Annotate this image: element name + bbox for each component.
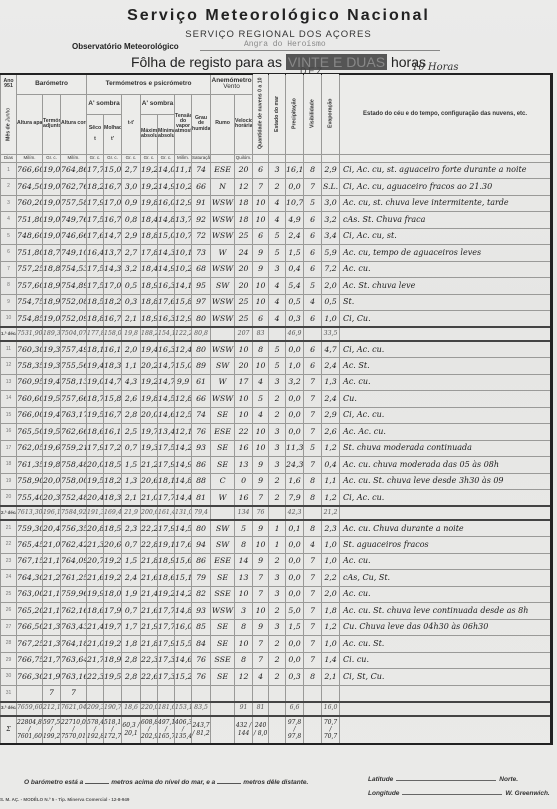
cell-t: 191,3: [87, 506, 104, 520]
cell-d: 1,7: [122, 619, 141, 636]
cell-alt-cor: 764,18: [61, 636, 87, 653]
sky-description: Ac. cu. St. chuva leve desde 3h30 às 09: [340, 473, 552, 490]
cell-tw: 14,3: [104, 261, 122, 278]
cell-ev: 3,2: [322, 212, 340, 229]
cell-pr: [286, 685, 304, 702]
cell-t: 17,5: [87, 261, 104, 278]
table-row: 2764,5019,0762,7618,216,73,019,214,910,2…: [1, 179, 552, 196]
sky-description: Ci, St, Cu.: [340, 669, 552, 686]
cell-vap: 15,2: [175, 669, 192, 686]
table-row: 30766,3021,9763,1622,319,52,822,617,315,…: [1, 669, 552, 686]
cell-min: 17,5: [158, 440, 175, 457]
cell-t: 16,4: [87, 245, 104, 262]
cell-ev: 1,2: [322, 440, 340, 457]
cell-hum: 92: [192, 212, 211, 229]
cell-alt-ap: 766,30: [17, 669, 43, 686]
cell-t: 578,4 / 192,8: [87, 716, 104, 744]
sky-description: Ac. Ac. cu.: [340, 424, 552, 441]
cell-tw: 17,9: [104, 603, 122, 620]
cell-ev: 2,0: [322, 278, 340, 295]
cell-d: 2,7: [122, 245, 141, 262]
cell-t-adj: 19,5: [43, 424, 61, 441]
cell-cld: 6: [253, 228, 269, 245]
cell-alt-ap: 751,80: [17, 212, 43, 229]
day-cell: 14: [1, 391, 17, 408]
cell-min: 17,3: [158, 669, 175, 686]
cell-alt-cor: 7: [61, 685, 87, 702]
cell-hum: 88: [192, 473, 211, 490]
cell-vis: 7: [304, 570, 322, 587]
day-cell: 18: [1, 457, 17, 474]
cell-max: 22,2: [141, 520, 158, 537]
cell-sea: 1: [269, 520, 286, 537]
cell-cld: 9: [253, 473, 269, 490]
cell-vis: 7: [304, 179, 322, 196]
cell-vap: 12,9: [175, 195, 192, 212]
cell-t: 19,9: [87, 586, 104, 603]
cell-spd: 20: [235, 358, 253, 375]
cell-max: 21,9: [141, 619, 158, 636]
cell-hum: 80: [192, 341, 211, 358]
cell-spd: 13: [235, 457, 253, 474]
day-cell: 31: [1, 685, 17, 702]
cell-hum: 82: [192, 586, 211, 603]
cell-spd: 10: [235, 407, 253, 424]
cell-dir: WSW: [211, 261, 235, 278]
cell-max: 22,3: [141, 652, 158, 669]
sky-description: Ac. St. chuva leve: [340, 278, 552, 295]
cell-sea: 4: [269, 212, 286, 229]
cell-pr: 24,3: [286, 457, 304, 474]
cell-d: 4,3: [122, 374, 141, 391]
day-cell: 2.ª década: [1, 506, 17, 520]
cell-max: 19,4: [141, 341, 158, 358]
cell-spd: 16: [235, 490, 253, 507]
cell-vis: [304, 327, 322, 341]
cell-sea: [269, 327, 286, 341]
cell-cld: 6: [253, 311, 269, 328]
day-cell: 1.ª década: [1, 327, 17, 341]
cell-alt-cor: 749,76: [61, 212, 87, 229]
cell-min: 17,9: [158, 636, 175, 653]
cell-tw: 15,0: [104, 162, 122, 179]
cell-d: 3,0: [122, 179, 141, 196]
unit-blank: [322, 154, 340, 162]
cell-t: 17,9: [87, 440, 104, 457]
cell-sea: 2: [269, 391, 286, 408]
day-cell: 16: [1, 424, 17, 441]
cell-min: 497,1 / 165,7: [158, 716, 175, 744]
attached-therm-header: Termómetro adjunto: [43, 94, 61, 154]
cell-spd: 10: [235, 391, 253, 408]
cell-dir: [211, 716, 235, 744]
cell-cld: 9: [253, 245, 269, 262]
cell-tw: 15,8: [104, 391, 122, 408]
cell-min: 14,5: [158, 391, 175, 408]
unit-speed: Quilóm.: [235, 154, 253, 162]
unit-blank: [340, 154, 552, 162]
cell-min: 17,7: [158, 490, 175, 507]
sky-description: Ci, Ac. cu, st.: [340, 228, 552, 245]
cell-t: 20,8: [87, 520, 104, 537]
sky-description: Ci, Ac. cu.: [340, 490, 552, 507]
cell-hum: 85: [192, 619, 211, 636]
cell-t: 20,7: [87, 553, 104, 570]
cell-d: 1,5: [122, 457, 141, 474]
cell-min: 154,1: [158, 327, 175, 341]
cell-pr: 10,7: [286, 195, 304, 212]
cell-ev: 4,7: [322, 341, 340, 358]
cell-pr: 4,9: [286, 212, 304, 229]
barometer-note: O barómetro está ametros acima do nível …: [24, 779, 308, 786]
cell-t-adj: 21,3: [43, 636, 61, 653]
cell-t-adj: 18,7: [43, 245, 61, 262]
cell-sea: [269, 506, 286, 520]
unit-grc: Gr. c.: [158, 154, 175, 162]
cell-sea: 5: [269, 358, 286, 375]
day-cell: 28: [1, 636, 17, 653]
cell-pr: 3,2: [286, 374, 304, 391]
day-cell: 23: [1, 553, 17, 570]
cell-t: 19,5: [87, 473, 104, 490]
totals-row: Σ22804,80 / 7601,60597,5 / 199,222710,03…: [1, 716, 552, 744]
cell-cld: 10: [253, 537, 269, 554]
cell-alt-cor: 759,96: [61, 586, 87, 603]
cell-sea: [269, 685, 286, 702]
cell-vap: 406,3 / 135,4: [175, 716, 192, 744]
cell-t-adj: 7: [43, 685, 61, 702]
cell-vis: 6: [304, 261, 322, 278]
cell-sea: 4: [269, 294, 286, 311]
table-row: 9754,7518,9752,0818,518,20,318,817,615,8…: [1, 294, 552, 311]
cell-d: 2,8: [122, 407, 141, 424]
cell-hum: 74: [192, 407, 211, 424]
cell-t: 18,1: [87, 341, 104, 358]
cell-min: 14,9: [158, 261, 175, 278]
cell-vis: 7: [304, 652, 322, 669]
cell-t-adj: 20,0: [43, 473, 61, 490]
cell-ev: S.L.: [322, 179, 340, 196]
cell-alt-ap: 766,75: [17, 652, 43, 669]
cell-hum: 89: [192, 358, 211, 375]
cell-t: 21,4: [87, 619, 104, 636]
cell-tw: 16,7: [104, 311, 122, 328]
cell-vap: 15,1: [175, 570, 192, 587]
cell-tw: 16,1: [104, 424, 122, 441]
cell-vis: [304, 685, 322, 702]
cell-alt-ap: 757,60: [17, 278, 43, 295]
visibility-header: Visibilidade: [304, 74, 322, 154]
cell-t-adj: 21,1: [43, 553, 61, 570]
cell-tw: 18,2: [104, 294, 122, 311]
cell-sea: 4: [269, 311, 286, 328]
unit-grc: Gr. c.: [87, 154, 104, 162]
unit-grc: Gr. c.: [141, 154, 158, 162]
observatory-value: Angra do Heroísmo: [200, 40, 440, 51]
cell-min: 16,3: [158, 311, 175, 328]
cell-alt-ap: 754,85: [17, 311, 43, 328]
sky-description: Ci, Ac. cu.: [340, 341, 552, 358]
cell-d: 1,9: [122, 586, 141, 603]
cell-dir: W: [211, 490, 235, 507]
cell-spd: 20: [235, 261, 253, 278]
cell-min: 14,7: [158, 358, 175, 375]
unit-mm: Milím.: [17, 154, 43, 162]
cell-alt-cor: 7584,92: [61, 506, 87, 520]
day-cell: 1: [1, 162, 17, 179]
cell-t: 209,3: [87, 702, 104, 716]
cell-vap: 9,9: [175, 374, 192, 391]
cell-pr: 0,3: [286, 669, 304, 686]
cell-pr: 0,0: [286, 636, 304, 653]
cell-cld: 10: [253, 440, 269, 457]
cell-alt-cor: 755,56: [61, 358, 87, 375]
cell-ev: 1,4: [322, 652, 340, 669]
unit-blank: [286, 154, 304, 162]
cell-t-adj: 21,2: [43, 570, 61, 587]
cell-pr: 0,3: [286, 311, 304, 328]
cell-ev: 2,6: [322, 424, 340, 441]
cell-t-adj: 20,3: [43, 490, 61, 507]
cell-min: 161,4: [158, 506, 175, 520]
cell-vis: 8: [304, 669, 322, 686]
cell-min: 17,7: [158, 603, 175, 620]
cell-alt-ap: 765,50: [17, 424, 43, 441]
cell-sea: 2: [269, 603, 286, 620]
sky-description: Ac. cu, tempo de aguaceiros leves: [340, 245, 552, 262]
cell-sea: 2: [269, 652, 286, 669]
cell-t-adj: 19,4: [43, 374, 61, 391]
cell-ev: 1,2: [322, 619, 340, 636]
day-cell: 11: [1, 341, 17, 358]
cell-spd: 134: [235, 506, 253, 520]
cell-cld: 5: [253, 391, 269, 408]
cell-cld: 4: [253, 407, 269, 424]
cell-vis: 5: [304, 440, 322, 457]
cell-ev: 70,7 / 70,7: [322, 716, 340, 744]
cell-alt-cor: 754,53: [61, 261, 87, 278]
cell-tw: 14,7: [104, 228, 122, 245]
cell-alt-ap: 7531,90: [17, 327, 43, 341]
cell-ev: 1,8: [322, 603, 340, 620]
day-cell: 5: [1, 228, 17, 245]
cell-max: 19,2: [141, 374, 158, 391]
cell-alt-cor: 764,09: [61, 553, 87, 570]
cell-sea: 3: [269, 424, 286, 441]
cell-alt-ap: 766,50: [17, 619, 43, 636]
cell-alt-ap: 765,20: [17, 603, 43, 620]
unit-blank: [211, 154, 235, 162]
cell-spd: 18: [235, 212, 253, 229]
cell-alt-ap: 760,95: [17, 374, 43, 391]
cell-t: 18,7: [87, 391, 104, 408]
cell-t-adj: 21,3: [43, 619, 61, 636]
cell-alt-ap: 757,25: [17, 261, 43, 278]
cell-max: 18,4: [141, 261, 158, 278]
cell-vis: [304, 702, 322, 716]
sheet-prefix: Fôlha de registo para as: [131, 54, 282, 70]
cell-t: 18,8: [87, 311, 104, 328]
sky-description: Ci, Ac. cu, st. aguaceiro forte durante …: [340, 162, 552, 179]
sky-description: Ac. cu. St. chuva leve continuada desde …: [340, 603, 552, 620]
day-cell: 3: [1, 195, 17, 212]
cell-t-adj: 19,0: [43, 311, 61, 328]
cell-min: 17,9: [158, 520, 175, 537]
cell-cld: 8: [253, 341, 269, 358]
evaporation-header: Evaporação: [322, 74, 340, 154]
hand-note: 10 Horas: [412, 62, 459, 73]
cell-t: 17,9: [87, 195, 104, 212]
cell-alt-ap: 760,30: [17, 341, 43, 358]
cell-pr: 0,0: [286, 652, 304, 669]
day-cell: 21: [1, 520, 17, 537]
cell-sea: 2: [269, 553, 286, 570]
cell-hum: 83,5: [192, 702, 211, 716]
decade-summary-row: 1.ª década7531,90189,37504,07177,8158,01…: [1, 327, 552, 341]
cell-ev: 2,2: [322, 570, 340, 587]
sky-description: Ci. cu.: [340, 652, 552, 669]
cell-max: 21,6: [141, 603, 158, 620]
cell-t-adj: 19,0: [43, 228, 61, 245]
sky-description: Ac. cu.: [340, 374, 552, 391]
cell-min: 16,3: [158, 341, 175, 358]
cell-hum: 68: [192, 261, 211, 278]
table-row: 24764,3021,2761,2521,619,22,421,618,615,…: [1, 570, 552, 587]
cell-spd: 10: [235, 341, 253, 358]
cell-dir: WSW: [211, 294, 235, 311]
cell-t-adj: 20,4: [43, 520, 61, 537]
cell-tw: 20,6: [104, 537, 122, 554]
cell-t: 21,6: [87, 570, 104, 587]
cell-cld: 76: [253, 506, 269, 520]
cell-alt-cor: 757,49: [61, 341, 87, 358]
sky-description: Ac. cu.: [340, 261, 552, 278]
cell-d: 1,1: [122, 358, 141, 375]
cell-d: 60,3 / 20,1: [122, 716, 141, 744]
day-cell: 22: [1, 537, 17, 554]
cell-vap: 10,1: [175, 245, 192, 262]
cell-cld: 6: [253, 162, 269, 179]
cell-max: 200,6: [141, 506, 158, 520]
cell-sea: 4: [269, 278, 286, 295]
cell-sea: 1: [269, 537, 286, 554]
sky-description: St. chuva moderada continuada: [340, 440, 552, 457]
cell-max: 20,6: [141, 473, 158, 490]
table-row: 16765,5019,5762,6618,616,12,519,713,412,…: [1, 424, 552, 441]
cell-alt-ap: 766,00: [17, 407, 43, 424]
cell-hum: 84: [192, 636, 211, 653]
cell-hum: 93: [192, 440, 211, 457]
cell-sea: 3: [269, 619, 286, 636]
cell-vis: 7: [304, 391, 322, 408]
cell-pr: 46,9: [286, 327, 304, 341]
sky-description: Ci, Cu.: [340, 311, 552, 328]
cell-max: 18,8: [141, 228, 158, 245]
cell-t-adj: 18,9: [43, 294, 61, 311]
cell-d: 0,5: [122, 278, 141, 295]
cell-vap: 14,6: [175, 652, 192, 669]
cell-tw: 19,7: [104, 619, 122, 636]
cell-pr: 0,0: [286, 179, 304, 196]
day-cell: 7: [1, 261, 17, 278]
cell-cld: 83: [253, 327, 269, 341]
cell-cld: 9: [253, 520, 269, 537]
cell-alt-cor: 754,89: [61, 278, 87, 295]
alt-corrected-header: Altura correcta: [61, 94, 87, 154]
cell-dir: SW: [211, 278, 235, 295]
table-row: 4751,8019,0749,7617,516,70,818,414,813,7…: [1, 212, 552, 229]
cell-t-adj: 212,1: [43, 702, 61, 716]
cell-t: 17,5: [87, 212, 104, 229]
cell-d: 0,8: [122, 212, 141, 229]
cell-pr: 0,0: [286, 424, 304, 441]
table-row: 13760,9519,4758,1319,014,74,319,214,79,9…: [1, 374, 552, 391]
sky-description: Ci, Ac. cu.: [340, 407, 552, 424]
day-cell: 8: [1, 278, 17, 295]
cell-pr: 1,5: [286, 245, 304, 262]
cell-pr: 0,0: [286, 537, 304, 554]
table-row: 3760,2019,0757,5817,917,00,919,816,012,9…: [1, 195, 552, 212]
decade-summary-row: 3.ª década7659,60212,17621,04209,3190,71…: [1, 702, 552, 716]
cell-ev: 33,5: [322, 327, 340, 341]
cell-ev: 1,2: [322, 490, 340, 507]
cell-dir: WSW: [211, 341, 235, 358]
cell-t-adj: 597,5 / 199,2: [43, 716, 61, 744]
cell-pr: 0,0: [286, 407, 304, 424]
cell-tw: 16,7: [104, 212, 122, 229]
sky-description: Ci, Ac. cu, aguaceiro fracos ao 21.30: [340, 179, 552, 196]
cell-vis: 7: [304, 407, 322, 424]
cell-vap: 14,8: [175, 603, 192, 620]
cell-vap: 12,5: [175, 407, 192, 424]
cell-max: 18,9: [141, 311, 158, 328]
cell-max: 19,7: [141, 424, 158, 441]
cell-alt-cor: 7621,04: [61, 702, 87, 716]
unit-blank: [304, 154, 322, 162]
table-row: 26765,2021,1762,1618,617,90,721,617,714,…: [1, 603, 552, 620]
cell-dir: [211, 506, 235, 520]
cell-vis: 7: [304, 636, 322, 653]
sky-description: Cu. Chuva leve das 04h30 às 06h30: [340, 619, 552, 636]
day-cell: 29: [1, 652, 17, 669]
cell-vis: 6: [304, 311, 322, 328]
cell-cld: 9: [253, 619, 269, 636]
cell-ev: 2,9: [322, 162, 340, 179]
cell-tw: 19,5: [104, 669, 122, 686]
cell-dir: SE: [211, 407, 235, 424]
cell-d: 2,4: [122, 570, 141, 587]
cell-min: 17,3: [158, 652, 175, 669]
sky-description: [340, 327, 552, 341]
cell-vap: [175, 685, 192, 702]
cell-tw: 16,1: [104, 341, 122, 358]
cell-min: 14,3: [158, 245, 175, 262]
unit-days: Dias: [1, 154, 17, 162]
cell-dir: SSE: [211, 586, 235, 603]
cell-vap: 12,9: [175, 311, 192, 328]
cell-max: 22,6: [141, 669, 158, 686]
day-cell: 13: [1, 374, 17, 391]
cell-tw: 169,4: [104, 506, 122, 520]
cell-alt-cor: 757,66: [61, 391, 87, 408]
print-info: S. M. AÇ. - MODÊLO N.º 5 - Tip. Minerva …: [0, 797, 129, 802]
cell-spd: 20: [235, 162, 253, 179]
cell-pr: 0,0: [286, 570, 304, 587]
cell-t-adj: 19,3: [43, 358, 61, 375]
table-row: 14760,6019,5757,6618,715,82,619,814,512,…: [1, 391, 552, 408]
cell-t-adj: 19,0: [43, 212, 61, 229]
cell-hum: 80: [192, 311, 211, 328]
